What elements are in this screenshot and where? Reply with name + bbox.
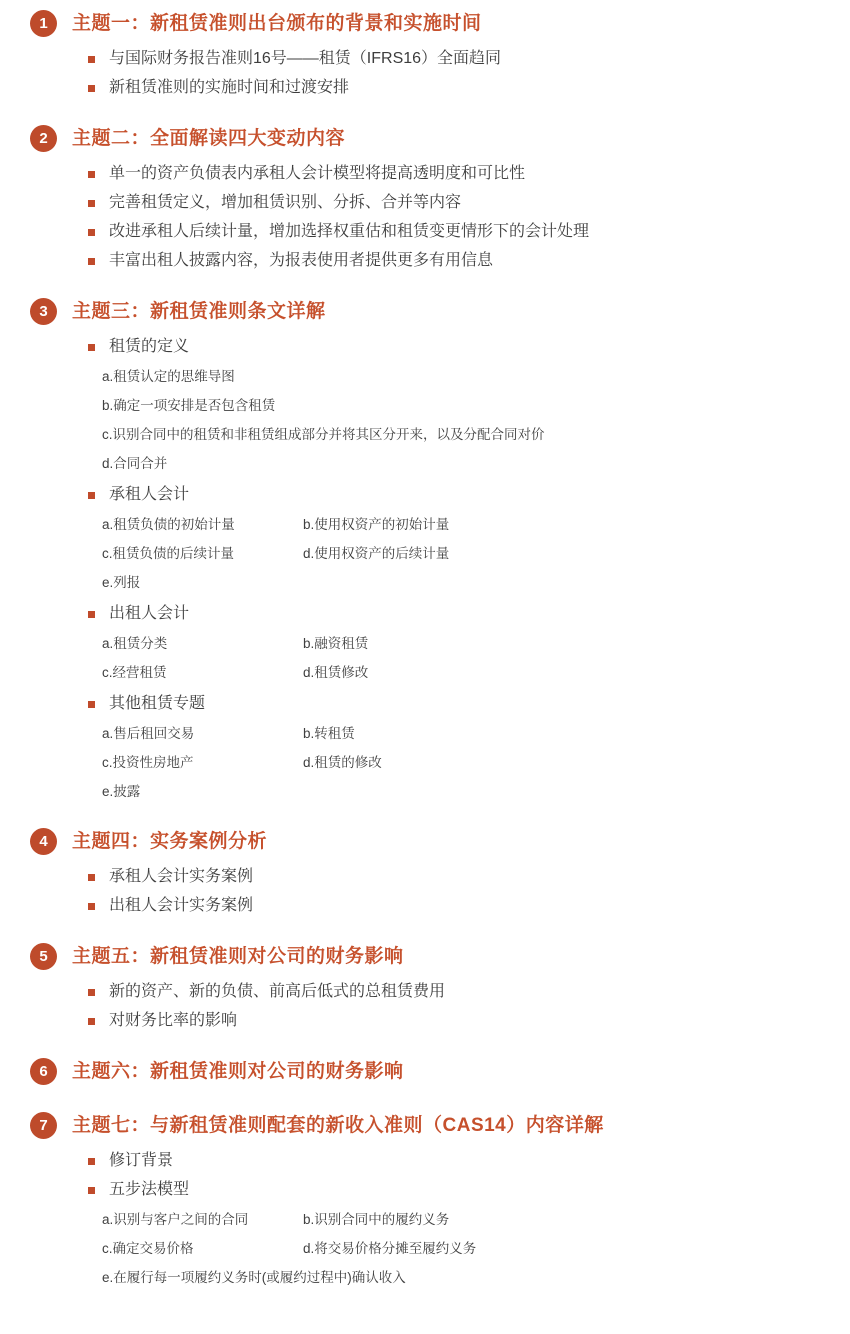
sub-item-group: a.租赁认定的思维导图 b.确定一项安排是否包含租赁 c.识别合同中的租赁和非租… <box>102 368 830 473</box>
sub-item: c.识别合同中的租赁和非租赁组成部分并将其区分开来，以及分配合同对价 <box>102 426 555 444</box>
topic-number-badge: 4 <box>30 828 57 855</box>
bullet-square-icon <box>88 229 95 236</box>
sub-item: c.投资性房地产 <box>102 754 303 772</box>
bullet-item: 单一的资产负债表内承租人会计模型将提高透明度和可比性 <box>88 163 830 184</box>
topic-7: 7 主题七：与新租赁准则配套的新收入准则（CAS14）内容详解 修订背景 五步法… <box>30 1112 830 1287</box>
sub-item: d.租赁的修改 <box>303 754 382 772</box>
bullet-square-icon <box>88 611 95 618</box>
sub-item: c.经营租赁 <box>102 664 303 682</box>
sub-item: d.合同合并 <box>102 455 303 473</box>
bullet-square-icon <box>88 874 95 881</box>
sub-item: b.识别合同中的履约义务 <box>303 1211 449 1229</box>
bullet-square-icon <box>88 989 95 996</box>
bullet-item: 新的资产、新的负债、前高后低式的总租赁费用 <box>88 981 830 1002</box>
sub-item: b.融资租赁 <box>303 635 368 653</box>
bullet-square-icon <box>88 903 95 910</box>
bullet-item: 丰富出租人披露内容，为报表使用者提供更多有用信息 <box>88 250 830 271</box>
bullet-item: 完善租赁定义，增加租赁识别、分拆、合并等内容 <box>88 192 830 213</box>
bullet-item: 其他租赁专题 <box>88 693 830 714</box>
sub-item-row: a.售后租回交易 b.转租赁 <box>102 725 830 743</box>
bullet-square-icon <box>88 701 95 708</box>
topic-4-header: 4 主题四：实务案例分析 <box>30 828 830 855</box>
sub-item: a.租赁认定的思维导图 <box>102 368 303 386</box>
sub-item-row: a.租赁认定的思维导图 <box>102 368 830 386</box>
sub-item-row: a.识别与客户之间的合同 b.识别合同中的履约义务 <box>102 1211 830 1229</box>
sub-item: e.在履行每一项履约义务时(或履约过程中)确认收入 <box>102 1269 416 1287</box>
bullet-text: 改进承租人后续计量，增加选择权重估和租赁变更情形下的会计处理 <box>109 221 589 242</box>
topic-title: 主题七：与新租赁准则配套的新收入准则（CAS14）内容详解 <box>72 1112 604 1139</box>
bullet-text: 新租赁准则的实施时间和过渡安排 <box>109 77 349 98</box>
sub-item-row: c.确定交易价格 d.将交易价格分摊至履约义务 <box>102 1240 830 1258</box>
bullet-square-icon <box>88 171 95 178</box>
bullet-item: 修订背景 <box>88 1150 830 1171</box>
topic-number-badge: 2 <box>30 125 57 152</box>
bullet-square-icon <box>88 344 95 351</box>
bullet-square-icon <box>88 85 95 92</box>
topic-6: 6 主题六：新租赁准则对公司的财务影响 <box>30 1058 830 1085</box>
sub-item-row: d.合同合并 <box>102 455 830 473</box>
bullet-text: 新的资产、新的负债、前高后低式的总租赁费用 <box>109 981 445 1002</box>
topic-1-bullets: 与国际财务报告准则16号——租赁（IFRS16）全面趋同 新租赁准则的实施时间和… <box>88 48 830 98</box>
topic-title: 主题三：新租赁准则条文详解 <box>72 298 326 325</box>
topic-5: 5 主题五：新租赁准则对公司的财务影响 新的资产、新的负债、前高后低式的总租赁费… <box>30 943 830 1031</box>
topic-7-header: 7 主题七：与新租赁准则配套的新收入准则（CAS14）内容详解 <box>30 1112 830 1139</box>
sub-item-row: c.租赁负债的后续计量 d.使用权资产的后续计量 <box>102 545 830 563</box>
sub-item: a.租赁负债的初始计量 <box>102 516 303 534</box>
bullet-item: 出租人会计实务案例 <box>88 895 830 916</box>
sub-item: b.确定一项安排是否包含租赁 <box>102 397 303 415</box>
sub-item-row: a.租赁分类 b.融资租赁 <box>102 635 830 653</box>
bullet-item: 承租人会计 <box>88 484 830 505</box>
sub-item-row: e.列报 <box>102 574 830 592</box>
page: { "colors": { "badge": "#BE4B2B", "title… <box>0 0 850 1334</box>
bullet-item: 租赁的定义 <box>88 336 830 357</box>
bullet-text: 承租人会计 <box>109 484 189 505</box>
sub-item: c.租赁负债的后续计量 <box>102 545 303 563</box>
bullet-text: 出租人会计实务案例 <box>109 895 253 916</box>
topic-number-badge: 5 <box>30 943 57 970</box>
bullet-item: 与国际财务报告准则16号——租赁（IFRS16）全面趋同 <box>88 48 830 69</box>
sub-item-group: a.识别与客户之间的合同 b.识别合同中的履约义务 c.确定交易价格 d.将交易… <box>102 1211 830 1287</box>
sub-item-group: a.租赁分类 b.融资租赁 c.经营租赁 d.租赁修改 <box>102 635 830 682</box>
sub-item-row: e.在履行每一项履约义务时(或履约过程中)确认收入 <box>102 1269 830 1287</box>
bullet-square-icon <box>88 1158 95 1165</box>
topic-6-header: 6 主题六：新租赁准则对公司的财务影响 <box>30 1058 830 1085</box>
sub-item: d.将交易价格分摊至履约义务 <box>303 1240 476 1258</box>
bullet-text: 出租人会计 <box>109 603 189 624</box>
bullet-text: 五步法模型 <box>109 1179 189 1200</box>
bullet-text: 单一的资产负债表内承租人会计模型将提高透明度和可比性 <box>109 163 525 184</box>
sub-item: c.确定交易价格 <box>102 1240 303 1258</box>
topic-title: 主题一：新租赁准则出台颁布的背景和实施时间 <box>72 10 482 37</box>
topic-1-header: 1 主题一：新租赁准则出台颁布的背景和实施时间 <box>30 10 830 37</box>
topic-title: 主题五：新租赁准则对公司的财务影响 <box>72 943 404 970</box>
topic-2: 2 主题二：全面解读四大变动内容 单一的资产负债表内承租人会计模型将提高透明度和… <box>30 125 830 271</box>
bullet-item: 五步法模型 <box>88 1179 830 1200</box>
sub-item-row: e.披露 <box>102 783 830 801</box>
bullet-text: 丰富出租人披露内容，为报表使用者提供更多有用信息 <box>109 250 493 271</box>
sub-item-row: c.识别合同中的租赁和非租赁组成部分并将其区分开来，以及分配合同对价 <box>102 426 830 444</box>
sub-item-row: b.确定一项安排是否包含租赁 <box>102 397 830 415</box>
topic-number-badge: 6 <box>30 1058 57 1085</box>
bullet-square-icon <box>88 1018 95 1025</box>
topic-3-bullets: 租赁的定义 a.租赁认定的思维导图 b.确定一项安排是否包含租赁 c.识别合同中… <box>88 336 830 801</box>
topic-3: 3 主题三：新租赁准则条文详解 租赁的定义 a.租赁认定的思维导图 b.确定一项… <box>30 298 830 801</box>
bullet-item: 出租人会计 <box>88 603 830 624</box>
bullet-square-icon <box>88 258 95 265</box>
topic-2-header: 2 主题二：全面解读四大变动内容 <box>30 125 830 152</box>
bullet-text: 与国际财务报告准则16号——租赁（IFRS16）全面趋同 <box>109 48 501 69</box>
bullet-text: 租赁的定义 <box>109 336 189 357</box>
bullet-item: 承租人会计实务案例 <box>88 866 830 887</box>
sub-item: a.售后租回交易 <box>102 725 303 743</box>
bullet-text: 对财务比率的影响 <box>109 1010 237 1031</box>
sub-item: b.使用权资产的初始计量 <box>303 516 449 534</box>
sub-item-row: a.租赁负债的初始计量 b.使用权资产的初始计量 <box>102 516 830 534</box>
topic-5-header: 5 主题五：新租赁准则对公司的财务影响 <box>30 943 830 970</box>
bullet-text: 其他租赁专题 <box>109 693 205 714</box>
bullet-item: 改进承租人后续计量，增加选择权重估和租赁变更情形下的会计处理 <box>88 221 830 242</box>
bullet-text: 承租人会计实务案例 <box>109 866 253 887</box>
topic-number-badge: 1 <box>30 10 57 37</box>
topic-4: 4 主题四：实务案例分析 承租人会计实务案例 出租人会计实务案例 <box>30 828 830 916</box>
bullet-text: 修订背景 <box>109 1150 173 1171</box>
bullet-square-icon <box>88 492 95 499</box>
topic-3-header: 3 主题三：新租赁准则条文详解 <box>30 298 830 325</box>
sub-item: e.披露 <box>102 783 303 801</box>
sub-item: a.租赁分类 <box>102 635 303 653</box>
sub-item: d.使用权资产的后续计量 <box>303 545 449 563</box>
bullet-text: 完善租赁定义，增加租赁识别、分拆、合并等内容 <box>109 192 461 213</box>
sub-item-group: a.售后租回交易 b.转租赁 c.投资性房地产 d.租赁的修改 e.披露 <box>102 725 830 801</box>
bullet-item: 对财务比率的影响 <box>88 1010 830 1031</box>
topic-2-bullets: 单一的资产负债表内承租人会计模型将提高透明度和可比性 完善租赁定义，增加租赁识别… <box>88 163 830 271</box>
sub-item-row: c.经营租赁 d.租赁修改 <box>102 664 830 682</box>
topic-number-badge: 7 <box>30 1112 57 1139</box>
sub-item: e.列报 <box>102 574 303 592</box>
topic-title: 主题四：实务案例分析 <box>72 828 267 855</box>
topic-5-bullets: 新的资产、新的负债、前高后低式的总租赁费用 对财务比率的影响 <box>88 981 830 1031</box>
sub-item: b.转租赁 <box>303 725 355 743</box>
topic-4-bullets: 承租人会计实务案例 出租人会计实务案例 <box>88 866 830 916</box>
topic-title: 主题六：新租赁准则对公司的财务影响 <box>72 1058 404 1085</box>
sub-item: a.识别与客户之间的合同 <box>102 1211 303 1229</box>
topic-1: 1 主题一：新租赁准则出台颁布的背景和实施时间 与国际财务报告准则16号——租赁… <box>30 10 830 98</box>
topic-number-badge: 3 <box>30 298 57 325</box>
topic-7-bullets: 修订背景 五步法模型 a.识别与客户之间的合同 b.识别合同中的履约义务 c.确… <box>88 1150 830 1287</box>
bullet-square-icon <box>88 200 95 207</box>
sub-item-group: a.租赁负债的初始计量 b.使用权资产的初始计量 c.租赁负债的后续计量 d.使… <box>102 516 830 592</box>
sub-item: d.租赁修改 <box>303 664 368 682</box>
bullet-square-icon <box>88 1187 95 1194</box>
bullet-square-icon <box>88 56 95 63</box>
bullet-item: 新租赁准则的实施时间和过渡安排 <box>88 77 830 98</box>
sub-item-row: c.投资性房地产 d.租赁的修改 <box>102 754 830 772</box>
topic-title: 主题二：全面解读四大变动内容 <box>72 125 345 152</box>
